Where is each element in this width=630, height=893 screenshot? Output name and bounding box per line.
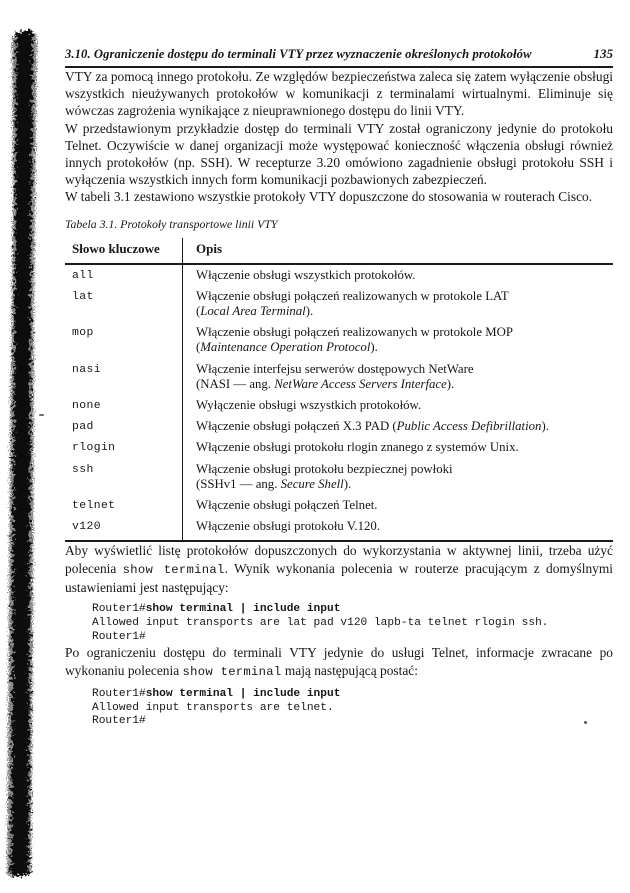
text-segment: Maintenance Operation Protocol — [200, 340, 370, 354]
table-row: noneWyłączenie obsługi wszystkich protok… — [65, 395, 613, 416]
inline-command: show terminal — [123, 563, 225, 577]
book-page-scan: 3.10. Ograniczenie dostępu do terminali … — [0, 0, 630, 893]
table-row: allWłączenie obsługi wszystkich protokoł… — [65, 264, 613, 286]
paragraph-intro: VTY za pomocą innego protokołu. Ze wzglę… — [65, 68, 613, 120]
keyword-cell: pad — [65, 416, 183, 437]
running-header: 3.10. Ograniczenie dostępu do terminali … — [65, 46, 613, 62]
paragraph-example: W przedstawionym przykładzie dostęp do t… — [65, 120, 613, 189]
scan-artifact — [39, 414, 44, 416]
paragraph-after-restriction: Po ograniczeniu dostępu do terminali VTY… — [65, 644, 613, 680]
text-segment: (NASI — ang. — [196, 377, 274, 391]
description-cell: Włączenie obsługi połączeń X.3 PAD (Publ… — [183, 416, 614, 437]
text-segment: Allowed input transports are telnet. — [92, 702, 334, 714]
description-cell: Wyłączenie obsługi wszystkich protokołów… — [183, 395, 614, 416]
text-segment: ). — [306, 304, 313, 318]
paragraph-show-terminal: Aby wyświetlić listę protokołów dopuszcz… — [65, 542, 613, 596]
running-header-title: 3.10. Ograniczenie dostępu do terminali … — [65, 47, 532, 62]
table-row: telnetWłączenie obsługi połączeń Telnet. — [65, 495, 613, 516]
table-row: mopWłączenie obsługi połączeń realizowan… — [65, 322, 613, 358]
text-segment: Router1# — [92, 715, 146, 727]
text-segment: Włączenie obsługi protokołu bezpiecznej … — [196, 462, 453, 476]
text-segment: Router1# — [92, 688, 146, 700]
table-row: padWłączenie obsługi połączeń X.3 PAD (P… — [65, 416, 613, 437]
text-segment: mają następującą postać: — [282, 663, 418, 678]
command-bold-segment: show terminal | include input — [146, 603, 341, 615]
description-cell: Włączenie interfejsu serwerów dostępowyc… — [183, 359, 614, 395]
keyword-cell: mop — [65, 322, 183, 358]
text-segment: ). — [370, 340, 377, 354]
table-row: rloginWłączenie obsługi protokołu rlogin… — [65, 437, 613, 458]
command-bold-segment: show terminal | include input — [146, 688, 341, 700]
text-segment: Local Area Terminal — [200, 304, 305, 318]
table-body: allWłączenie obsługi wszystkich protokoł… — [65, 264, 613, 542]
column-header-keyword: Słowo kluczowe — [65, 238, 183, 264]
column-header-description: Opis — [183, 238, 614, 264]
table-row: sshWłączenie obsługi protokołu bezpieczn… — [65, 459, 613, 495]
text-segment: ). — [541, 419, 548, 433]
text-segment: Włączenie obsługi protokołu rlogin znane… — [196, 440, 519, 454]
table-header: Słowo kluczowe Opis — [65, 238, 613, 264]
table-row: nasiWłączenie interfejsu serwerów dostęp… — [65, 359, 613, 395]
description-cell: Włączenie obsługi połączeń Telnet. — [183, 495, 614, 516]
table-row: latWłączenie obsługi połączeń realizowan… — [65, 286, 613, 322]
text-segment: Włączenie interfejsu serwerów dostępowyc… — [196, 362, 474, 376]
keyword-cell: telnet — [65, 495, 183, 516]
protocols-table: Słowo kluczowe Opis allWłączenie obsługi… — [65, 238, 613, 543]
text-segment: Włączenie obsługi połączeń realizowanych… — [196, 289, 509, 303]
text-segment: Włączenie obsługi wszystkich protokołów. — [196, 268, 416, 282]
keyword-cell: all — [65, 264, 183, 286]
text-segment: Allowed input transports are lat pad v12… — [92, 617, 549, 629]
text-segment: Public Access Defibrillation — [397, 419, 542, 433]
keyword-cell: ssh — [65, 459, 183, 495]
text-segment: Router1# — [92, 631, 146, 643]
text-segment: ). — [447, 377, 454, 391]
description-cell: Włączenie obsługi protokołu V.120. — [183, 516, 614, 541]
binding-shadow-strip — [0, 0, 60, 893]
text-segment: Włączenie obsługi połączeń Telnet. — [196, 498, 378, 512]
keyword-cell: lat — [65, 286, 183, 322]
table-header-row: Słowo kluczowe Opis — [65, 238, 613, 264]
description-cell: Włączenie obsługi połączeń realizowanych… — [183, 322, 614, 358]
text-segment: ). — [344, 477, 351, 491]
keyword-cell: none — [65, 395, 183, 416]
text-segment: Router1# — [92, 603, 146, 615]
inline-command: show terminal — [183, 665, 282, 679]
table-caption: Tabela 3.1. Protokoły transportowe linii… — [65, 217, 613, 232]
text-segment: Wyłączenie obsługi wszystkich protokołów… — [196, 398, 421, 412]
keyword-cell: nasi — [65, 359, 183, 395]
page-content: 3.10. Ograniczenie dostępu do terminali … — [65, 46, 613, 729]
keyword-cell: rlogin — [65, 437, 183, 458]
page-number: 135 — [580, 46, 614, 62]
description-cell: Włączenie obsługi protokołu rlogin znane… — [183, 437, 614, 458]
text-segment: NetWare Access Servers Interface — [274, 377, 447, 391]
text-segment: Włączenie obsługi protokołu V.120. — [196, 519, 380, 533]
text-segment: (SSHv1 — ang. — [196, 477, 281, 491]
paragraph-table-ref: W tabeli 3.1 zestawiono wszystkie protok… — [65, 188, 613, 205]
text-segment: Secure Shell — [281, 477, 344, 491]
text-segment: Włączenie obsługi połączeń realizowanych… — [196, 325, 513, 339]
description-cell: Włączenie obsługi wszystkich protokołów. — [183, 264, 614, 286]
table-row: v120Włączenie obsługi protokołu V.120. — [65, 516, 613, 541]
description-cell: Włączenie obsługi połączeń realizowanych… — [183, 286, 614, 322]
cli-output-block-default: Router1#show terminal | include input Al… — [92, 603, 613, 644]
keyword-cell: v120 — [65, 516, 183, 541]
cli-output-block-restricted: Router1#show terminal | include input Al… — [92, 688, 613, 729]
text-segment: Włączenie obsługi połączeń X.3 PAD ( — [196, 419, 397, 433]
description-cell: Włączenie obsługi protokołu bezpiecznej … — [183, 459, 614, 495]
